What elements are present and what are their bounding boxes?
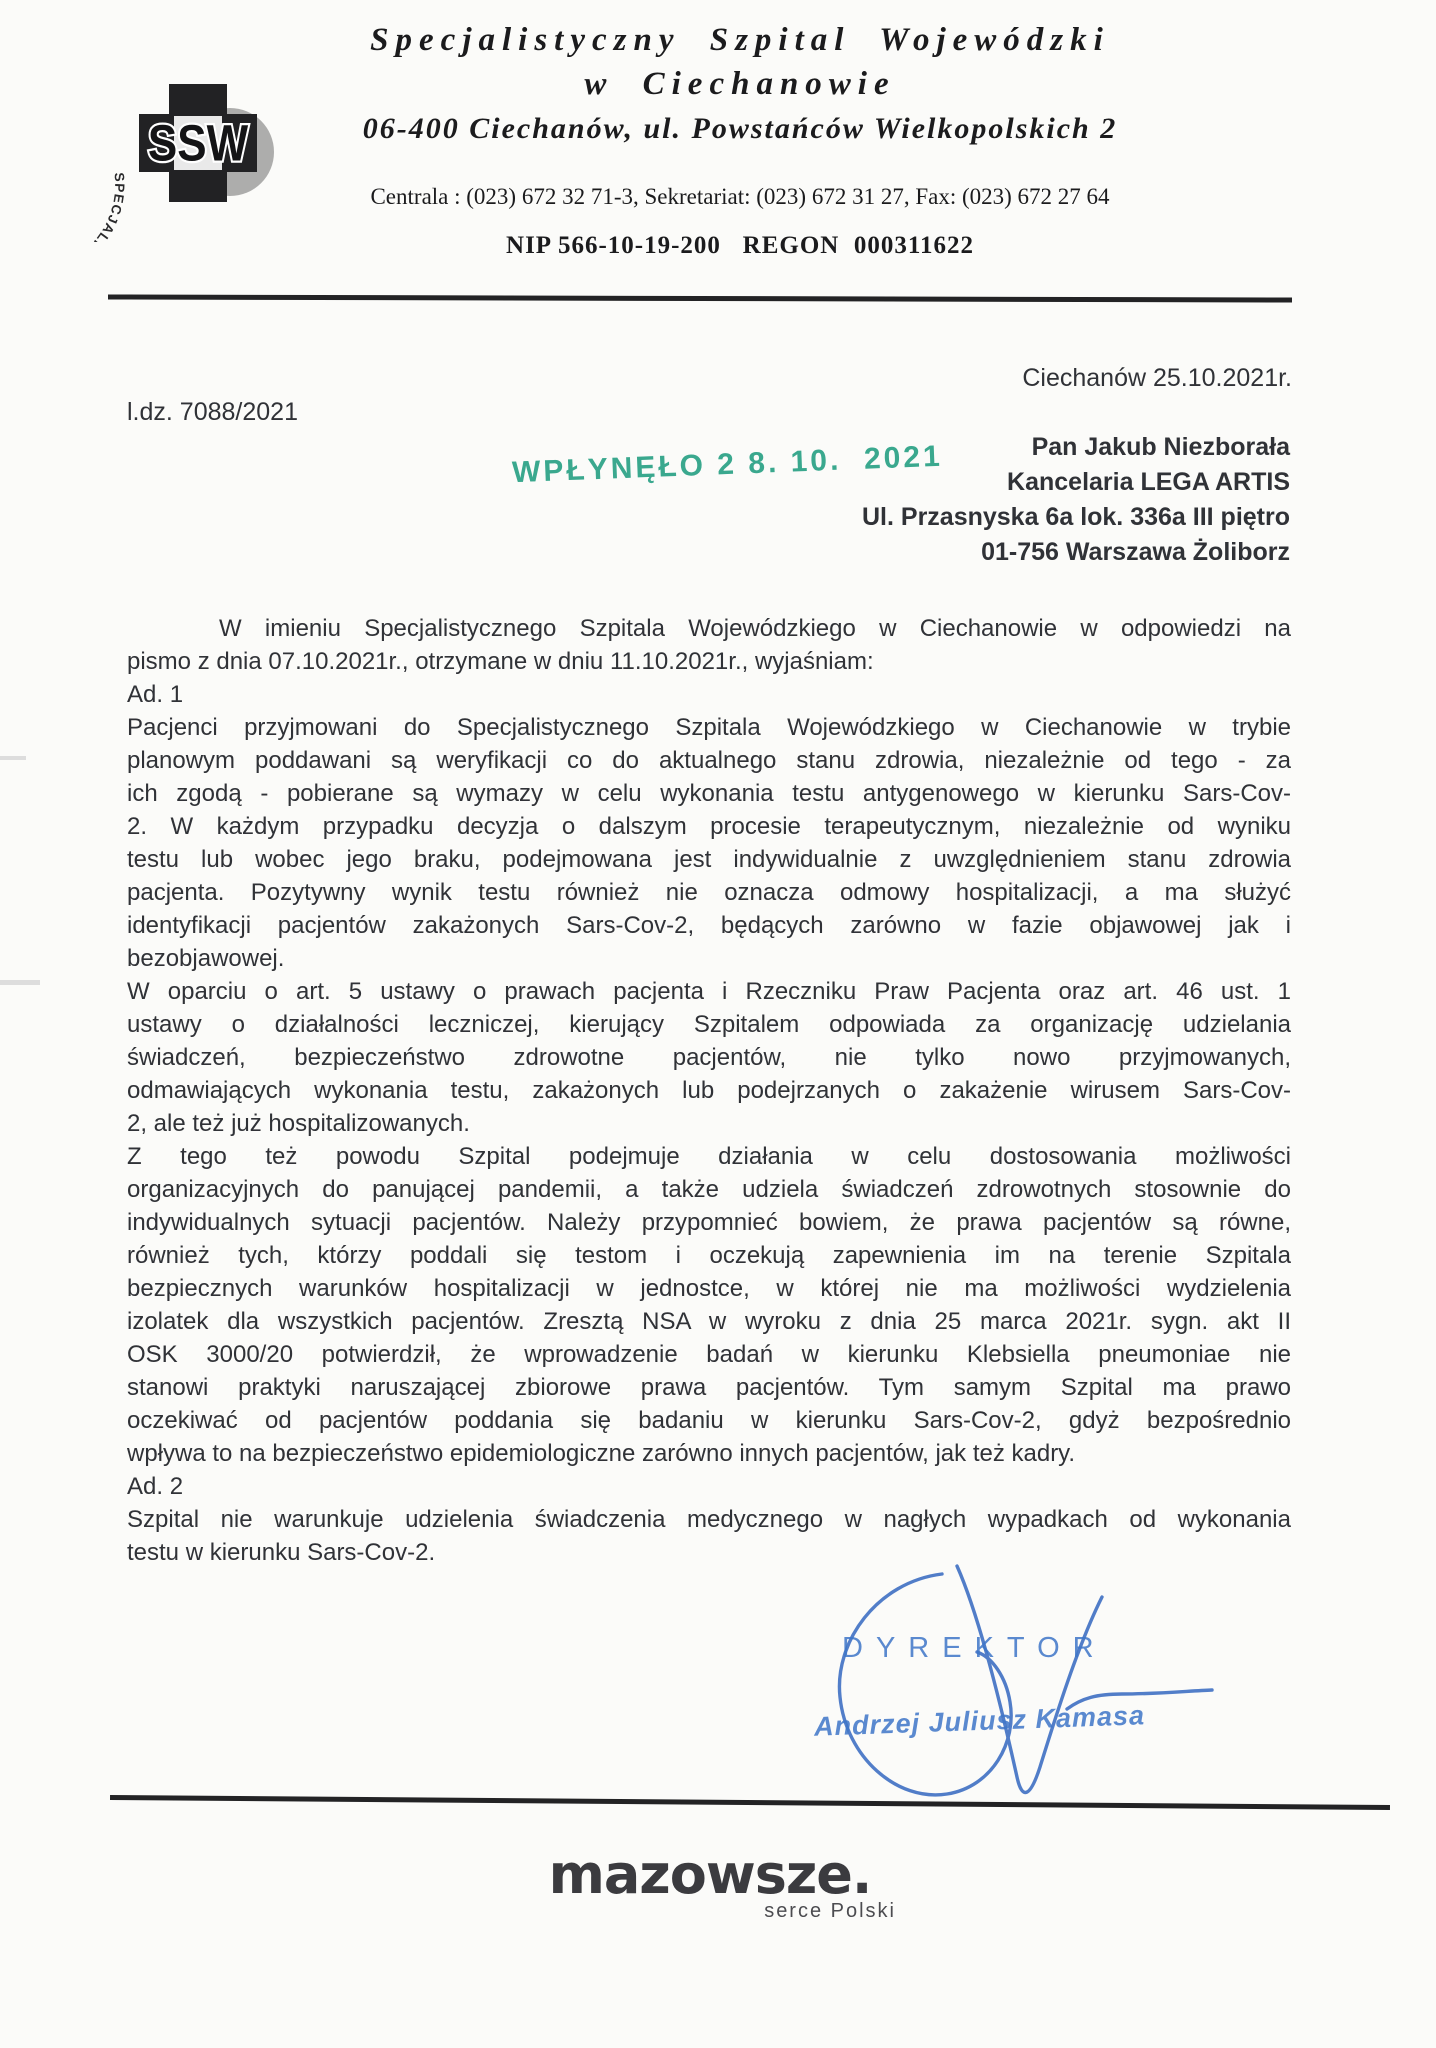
recipient-line: Kancelaria LEGA ARTIS [862, 465, 1290, 500]
body-line: pismo z dnia 07.10.2021r., otrzymane w d… [127, 645, 1291, 678]
scan-artifact-mark [0, 756, 26, 760]
body-line: bezobjawowej. [127, 942, 1291, 975]
body-line: również tych, którzy poddali się testom … [127, 1239, 1291, 1272]
scan-artifact-mark [0, 980, 40, 985]
body-line: wpływa to na bezpieczeństwo epidemiologi… [127, 1437, 1291, 1470]
svg-text:SPECJALISTYCZNY SZPITAL WOJEWÓ: SPECJALISTYCZNY SZPITAL WOJEWÓDZKI W CIE… [90, 87, 127, 242]
body-line: świadczeń, bezpieczeństwo zdrowotne pacj… [127, 1041, 1291, 1074]
hospital-name-line1: Specjalistyczny Szpital Wojewódzki [240, 22, 1240, 59]
seal-ring-text: SPECJALISTYCZNY SZPITAL WOJEWÓDZKI W CIE… [90, 87, 127, 242]
seal-ssw-text: SSW [148, 116, 248, 173]
header-divider [108, 294, 1292, 302]
body-line: planowym poddawani są weryfikacji co do … [127, 744, 1291, 777]
body-line: Pacjenci przyjmowani do Specjalistyczneg… [127, 711, 1291, 744]
body-line: bezpiecznych warunków hospitalizacji w j… [127, 1272, 1291, 1305]
body-line: stanowi praktyki naruszającej zbiorowe p… [127, 1371, 1291, 1404]
body-line: izolatek dla wszystkich pacjentów. Zresz… [127, 1305, 1291, 1338]
body-line: W imieniu Specjalistycznego Szpitala Woj… [127, 612, 1291, 645]
hospital-name-line2: w Ciechanowie [240, 66, 1240, 103]
letter-body: W imieniu Specjalistycznego Szpitala Woj… [127, 612, 1291, 1569]
body-line: Ad. 2 [127, 1470, 1291, 1503]
body-line: Ad. 1 [127, 678, 1291, 711]
mazowsze-tagline: serce Polski [500, 1900, 896, 1923]
body-line: ich zgodą - pobierane są wymazy w celu w… [127, 777, 1291, 810]
hospital-phones: Centrala : (023) 672 32 71-3, Sekretaria… [240, 184, 1240, 210]
body-line: odmawiających wykonania testu, zakażonyc… [127, 1074, 1291, 1107]
handwritten-signature [782, 1552, 1222, 1812]
body-line: ustawy o działalności leczniczej, kieruj… [127, 1008, 1291, 1041]
body-line: identyfikacji pacjentów zakażonych Sars-… [127, 909, 1291, 942]
signature-loop [839, 1574, 1011, 1795]
reference-number: l.dz. 7088/2021 [127, 398, 298, 427]
body-line: testu lub wobec jego braku, podejmowana … [127, 843, 1291, 876]
body-line: W oparciu o art. 5 ustawy o prawach pacj… [127, 975, 1291, 1008]
signature-vee [957, 1566, 1102, 1793]
body-line: 2, ale też już hospitalizowanych. [127, 1107, 1291, 1140]
recipient-line: Pan Jakub Niezborała [862, 430, 1290, 465]
body-line: oczekiwać od pacjentów poddania się bada… [127, 1404, 1291, 1437]
body-line: OSK 3000/20 potwierdził, że wprowadzenie… [127, 1338, 1291, 1371]
hospital-tax-ids: NIP 566-10-19-200 REGON 000311622 [240, 232, 1240, 260]
recipient-line: Ul. Przasnyska 6a lok. 336a III piętro [862, 500, 1290, 535]
place-and-date: Ciechanów 25.10.2021r. [1022, 364, 1292, 393]
director-role-stamp: DYREKTOR [842, 1632, 1107, 1665]
scanned-letter-page: SSW SPECJALISTYCZNY SZPITAL WOJEWÓDZKI W… [0, 0, 1436, 2048]
recipient-line: 01-756 Warszawa Żoliborz [862, 535, 1290, 570]
body-line: pacjenta. Pozytywny wynik testu również … [127, 876, 1291, 909]
mazowsze-logo: mazowsze. [500, 1843, 920, 1906]
recipient-block: Pan Jakub NiezborałaKancelaria LEGA ARTI… [862, 430, 1290, 570]
body-line: Szpital nie warunkuje udzielenia świadcz… [127, 1503, 1291, 1536]
body-line: 2. W każdym przypadku decyzja o dalszym … [127, 810, 1291, 843]
body-line: organizacyjnych do panującej pandemii, a… [127, 1173, 1291, 1206]
body-line: indywidualnych sytuacji pacjentów. Należ… [127, 1206, 1291, 1239]
body-line: Z tego też powodu Szpital podejmuje dzia… [127, 1140, 1291, 1173]
hospital-address: 06-400 Ciechanów, ul. Powstańców Wielkop… [240, 112, 1240, 146]
